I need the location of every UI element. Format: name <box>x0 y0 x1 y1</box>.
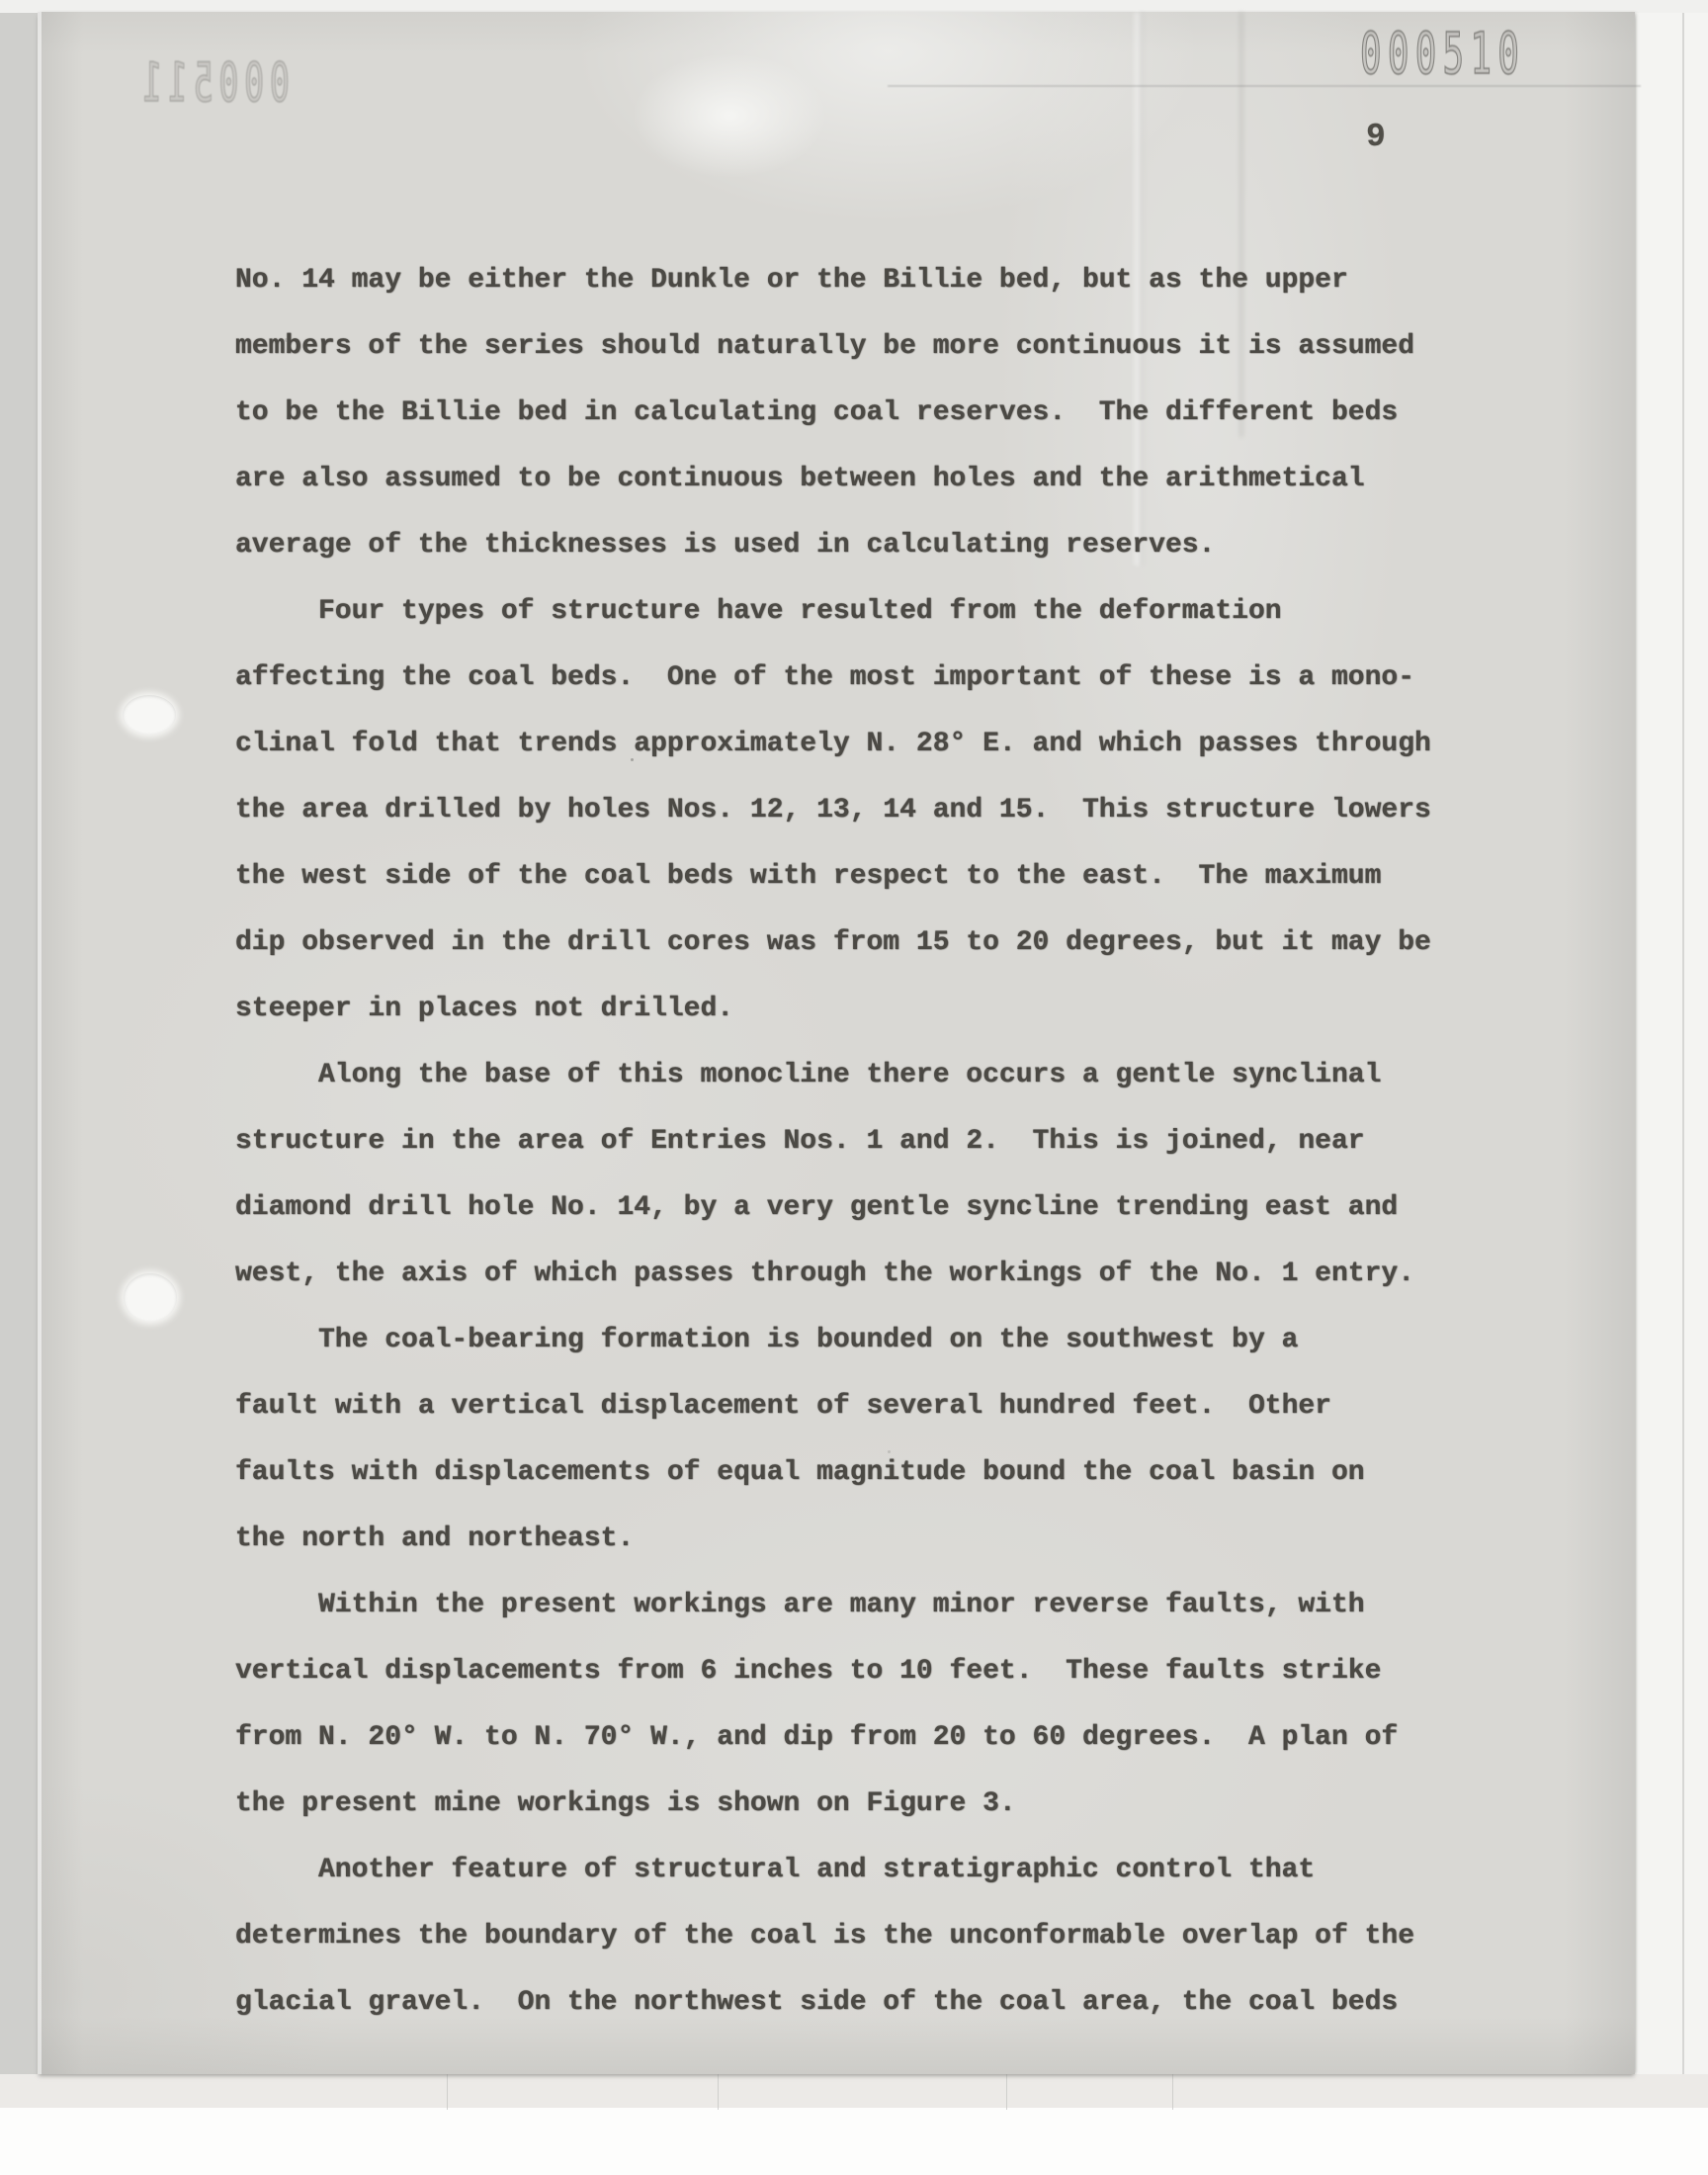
text-line-23: from N. 20° W. to N. 70° W., and dip fro… <box>235 1704 1481 1771</box>
paper-crease-horizontal <box>888 85 1641 87</box>
scanned-document-page: { "page": { "serial_stamp": "000510", "b… <box>0 0 1708 2175</box>
text-line-2: members of the series should naturally b… <box>235 313 1481 380</box>
serial-number-stamp: 000510 <box>1360 20 1525 87</box>
text-line-26: determines the boundary of the coal is t… <box>235 1903 1481 1969</box>
scan-background-bottom-white <box>0 2108 1708 2175</box>
text-line-4: are also assumed to be continuous betwee… <box>235 446 1481 512</box>
dust-speck <box>888 1450 891 1453</box>
text-line-6: Four types of structure have resulted fr… <box>235 578 1481 645</box>
text-line-21: Within the present workings are many min… <box>235 1572 1481 1638</box>
page-number: 9 <box>1366 119 1386 155</box>
text-line-12: steeper in places not drilled. <box>235 976 1481 1042</box>
dust-speck <box>631 758 634 761</box>
text-line-24: the present mine workings is shown on Fi… <box>235 1771 1481 1837</box>
scan-fold-line <box>1006 2074 1007 2110</box>
scan-fold-line <box>447 2074 448 2110</box>
text-line-5: average of the thicknesses is used in ca… <box>235 512 1481 578</box>
bleed-through-serial-stamp: 000511 <box>137 51 290 114</box>
text-line-1: No. 14 may be either the Dunkle or the B… <box>235 247 1481 313</box>
text-line-11: dip observed in the drill cores was from… <box>235 910 1481 976</box>
text-line-16: west, the axis of which passes through t… <box>235 1241 1481 1307</box>
text-line-17: The coal-bearing formation is bounded on… <box>235 1307 1481 1373</box>
scan-background-bottom <box>0 2074 1708 2108</box>
text-line-9: the area drilled by holes Nos. 12, 13, 1… <box>235 777 1481 843</box>
scan-fold-line <box>1172 2074 1173 2110</box>
text-line-14: structure in the area of Entries Nos. 1 … <box>235 1108 1481 1174</box>
text-line-22: vertical displacements from 6 inches to … <box>235 1638 1481 1704</box>
text-line-27: glacial gravel. On the northwest side of… <box>235 1969 1481 2036</box>
scan-edge-line <box>1682 0 1684 2175</box>
text-line-13: Along the base of this monocline there o… <box>235 1042 1481 1108</box>
text-line-20: the north and northeast. <box>235 1506 1481 1572</box>
scan-background-left <box>0 0 40 2080</box>
scan-fold-line <box>718 2074 719 2110</box>
punch-hole-top <box>123 695 176 735</box>
dust-speck <box>285 338 288 342</box>
text-line-10: the west side of the coal beds with resp… <box>235 843 1481 910</box>
text-line-18: fault with a vertical displacement of se… <box>235 1373 1481 1439</box>
text-line-8: clinal fold that trends approximately N.… <box>235 711 1481 777</box>
paper-left-edge <box>38 12 42 2074</box>
punch-hole-bottom <box>124 1273 177 1322</box>
text-line-25: Another feature of structural and strati… <box>235 1837 1481 1903</box>
text-line-19: faults with displacements of equal magni… <box>235 1439 1481 1506</box>
scan-background-right <box>1633 0 1708 2175</box>
text-line-7: affecting the coal beds. One of the most… <box>235 645 1481 711</box>
typed-body-text: No. 14 may be either the Dunkle or the B… <box>235 247 1481 2036</box>
text-line-3: to be the Billie bed in calculating coal… <box>235 380 1481 446</box>
paper-sheet: 000511 000510 9 No. 14 may be either the… <box>38 12 1635 2074</box>
text-line-15: diamond drill hole No. 14, by a very gen… <box>235 1174 1481 1241</box>
